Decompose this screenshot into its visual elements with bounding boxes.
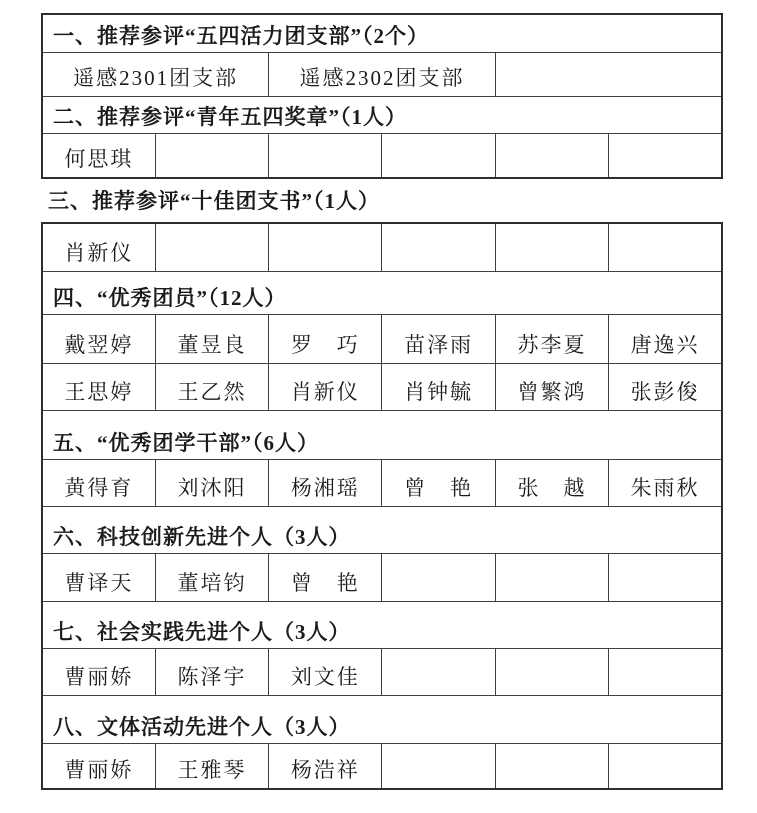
name-cell: 张彭俊 <box>609 363 722 410</box>
name-cell: 遥感2302团支部 <box>269 52 496 96</box>
name-cell: 王思婷 <box>42 363 155 410</box>
names-row: 戴翌婷董昱良罗 巧苗泽雨苏李夏唐逸兴 <box>42 314 722 363</box>
section-header: 二、推荐参评“青年五四奖章”（1人） <box>42 96 722 133</box>
section-header-row: 七、社会实践先进个人（3人） <box>42 601 722 648</box>
name-cell: 罗 巧 <box>269 314 382 363</box>
name-cell: 曾繁鸿 <box>495 363 608 410</box>
empty-cell <box>609 553 722 601</box>
name-cell: 王雅琴 <box>155 743 268 789</box>
empty-cell <box>155 133 268 178</box>
empty-cell <box>495 648 608 695</box>
empty-cell <box>609 133 722 178</box>
empty-cell <box>269 133 382 178</box>
name-cell: 刘沐阳 <box>155 459 268 506</box>
empty-cell <box>609 648 722 695</box>
empty-cell <box>495 553 608 601</box>
name-cell: 黄得育 <box>42 459 155 506</box>
name-cell: 曹丽娇 <box>42 648 155 695</box>
section-header: 八、文体活动先进个人（3人） <box>42 695 722 743</box>
section-header-row: 五、“优秀团学干部”（6人） <box>42 410 722 459</box>
section-header: 四、“优秀团员”（12人） <box>42 271 722 314</box>
empty-cell <box>495 223 608 271</box>
section-header-row: 六、科技创新先进个人（3人） <box>42 506 722 553</box>
section-header: 六、科技创新先进个人（3人） <box>42 506 722 553</box>
section-header-row: 四、“优秀团员”（12人） <box>42 271 722 314</box>
empty-cell <box>269 223 382 271</box>
section-title-three: 三、推荐参评“十佳团支书”（1人） <box>48 189 380 214</box>
name-cell: 陈泽宇 <box>155 648 268 695</box>
name-cell: 杨浩祥 <box>269 743 382 789</box>
section-header-row: 八、文体活动先进个人（3人） <box>42 695 722 743</box>
name-cell: 肖新仪 <box>269 363 382 410</box>
names-row: 曹丽娇陈泽宇刘文佳 <box>42 648 722 695</box>
name-cell: 曾 艳 <box>269 553 382 601</box>
name-cell: 曹丽娇 <box>42 743 155 789</box>
name-cell: 唐逸兴 <box>609 314 722 363</box>
name-cell: 曾 艳 <box>382 459 495 506</box>
name-cell: 戴翌婷 <box>42 314 155 363</box>
name-cell: 何思琪 <box>42 133 155 178</box>
section-header-row: 二、推荐参评“青年五四奖章”（1人） <box>42 96 722 133</box>
name-cell: 苏李夏 <box>495 314 608 363</box>
name-cell: 杨湘瑶 <box>269 459 382 506</box>
names-row: 曹译天董培钧曾 艳 <box>42 553 722 601</box>
name-cell: 遥感2301团支部 <box>42 52 269 96</box>
award-table-main: 肖新仪四、“优秀团员”（12人）戴翌婷董昱良罗 巧苗泽雨苏李夏唐逸兴王思婷王乙然… <box>41 222 723 790</box>
empty-cell <box>382 133 495 178</box>
empty-cell <box>609 743 722 789</box>
names-row: 肖新仪 <box>42 223 722 271</box>
name-cell: 肖新仪 <box>42 223 155 271</box>
section-header: 一、推荐参评“五四活力团支部”（2个） <box>42 14 722 52</box>
empty-cell <box>382 743 495 789</box>
name-cell: 曹译天 <box>42 553 155 601</box>
empty-cell <box>495 52 722 96</box>
name-cell: 董培钧 <box>155 553 268 601</box>
names-row: 曹丽娇王雅琴杨浩祥 <box>42 743 722 789</box>
section-header: 五、“优秀团学干部”（6人） <box>42 410 722 459</box>
empty-cell <box>382 553 495 601</box>
empty-cell <box>495 133 608 178</box>
empty-cell <box>382 223 495 271</box>
section-header: 七、社会实践先进个人（3人） <box>42 601 722 648</box>
name-cell: 刘文佳 <box>269 648 382 695</box>
name-cell: 王乙然 <box>155 363 268 410</box>
empty-cell <box>609 223 722 271</box>
empty-cell <box>155 223 268 271</box>
name-cell: 苗泽雨 <box>382 314 495 363</box>
empty-cell <box>382 648 495 695</box>
document-page: { "colors": { "background": "#ffffff", "… <box>0 0 757 813</box>
section-header-row: 一、推荐参评“五四活力团支部”（2个） <box>42 14 722 52</box>
names-row: 何思琪 <box>42 133 722 178</box>
names-row: 遥感2301团支部遥感2302团支部 <box>42 52 722 96</box>
name-cell: 朱雨秋 <box>609 459 722 506</box>
names-row: 王思婷王乙然肖新仪肖钟毓曾繁鸿张彭俊 <box>42 363 722 410</box>
name-cell: 董昱良 <box>155 314 268 363</box>
names-row: 黄得育刘沐阳杨湘瑶曾 艳张 越朱雨秋 <box>42 459 722 506</box>
empty-cell <box>495 743 608 789</box>
name-cell: 张 越 <box>495 459 608 506</box>
name-cell: 肖钟毓 <box>382 363 495 410</box>
award-table-top: 一、推荐参评“五四活力团支部”（2个）遥感2301团支部遥感2302团支部二、推… <box>41 13 723 179</box>
